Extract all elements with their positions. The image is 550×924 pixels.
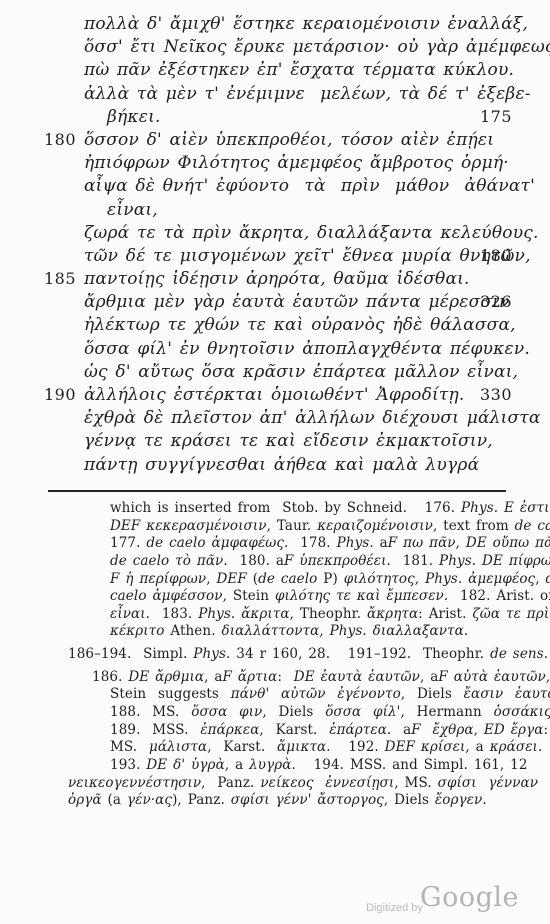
apparatus-text: Phys. [337,535,380,551]
apparatus-text: μάλιστα [149,739,207,755]
apparatus-text: 186. [92,669,128,685]
apparatus-text: τὸ πᾶν. [175,553,228,569]
apparatus-text: , text from [433,518,515,534]
apparatus-text: 194. MSS. and Simpl. 161, 12 [296,757,528,773]
apparatus-text: διαλλαξαντα. [373,623,469,639]
apparatus-text: νείκεος ἐννεσίῃσι [260,775,394,791]
verse-text: ἀλλὰ τὰ μὲν τ' ἐνέμιμνε μελέων, τὰ δέ τ'… [84,83,531,106]
apparatus-line: 186. DE ἄρθμια, aF ἄρτια: DE ἑαυτὰ ἑαυτῶ… [0,669,550,687]
apparatus-text: , MS. [394,775,437,791]
apparatus-text: ἑαυτὰ ἑαυτῶν [321,669,420,685]
apparatus-text: , Theophr. [290,606,367,622]
apparatus-text: Phys. DE [439,553,509,569]
apparatus-text: κεκερασμένοισιν [146,518,266,534]
apparatus-text: , Diels [262,704,325,720]
apparatus-line: caelo ἀμφέσσον, Stein φιλότης τε καὶ ἔμπ… [0,588,550,606]
verse-line: εἶναι, [0,198,550,221]
verse-line: ὅσσα φίλ' ἐν θνητοῖσιν ἀποπλαγχθέντα πέφ… [0,337,550,360]
verse-line: τῶν δέ τε μισγομένων χεῖτ' ἔθνεα μυρία θ… [0,244,550,267]
apparatus-text: , [206,571,216,587]
apparatus-text: Phys. [193,646,236,662]
apparatus-text: DEF [385,739,421,755]
apparatus-text: 181. [391,553,439,569]
verse-section: πολλὰ δ' ἄμιχθ' ἕστηκε κεραιομένοισιν ἐν… [0,12,550,476]
apparatus-text: (a [102,792,127,808]
apparatus-text: P) [323,571,343,587]
apparatus-text: 183. [150,606,198,622]
line-number-right: 175 [480,105,512,128]
apparatus-text: φιλότητος [344,571,415,587]
apparatus-text: F [284,553,299,569]
apparatus-text: διαλλάττοντα [221,623,319,639]
line-number-right: 326 [480,290,512,313]
apparatus-line: 189. MSS. ἐπάρκεα, Karst. ἐπάρτεα. aF ἔχ… [0,722,550,740]
apparatus-text: DE [294,669,321,685]
apparatus-text: πάνθ' αὐτῶν ἐγένοντο [231,686,401,702]
verse-text: ὡς δ' αὔτως ὅσα κρᾶσιν ἐπάρτεα μᾶλλον εἶ… [84,361,518,384]
apparatus-text: ζῶα τε πρὶν [472,606,550,622]
apparatus-text: κέκριτο [110,623,164,639]
verse-line: ἄρθμια μὲν γὰρ ἑαυτὰ ἑαυτῶν πάντα μέρεσσ… [0,290,550,313]
apparatus-text: , Diels [384,792,435,808]
line-number-left: 185 [44,267,76,290]
apparatus-text: 34 r 160, 28. 191–192. Theophr. [236,646,490,662]
apparatus-text: 177. [110,535,146,551]
apparatus-text: , [546,669,550,685]
apparatus-text: δ' ὑγρὰ [173,757,225,773]
apparatus-text: Stein suggests [110,686,231,702]
verse-line: 180ὅσσον δ' αἰὲν ὑπεκπροθέοι, τόσον αἰὲν… [0,128,550,151]
apparatus-text: ED [484,722,511,738]
apparatus-text: ἀμεμφέος [468,571,535,587]
apparatus-text: de [546,571,550,587]
apparatus-text: caelo [110,588,152,604]
apparatus-text: F [438,669,453,685]
line-number-right: 330 [480,383,512,406]
apparatus-text: αὐτὰ ἑαυτῶν [454,669,546,685]
verse-line: 190ἀλλήλοις ἐστέρκται ὁμοιωθέντ' Ἀφροδίτ… [0,383,550,406]
apparatus-text: , Stein [223,588,275,604]
apparatus-text: MS. [110,739,149,755]
apparatus-text: a [391,722,411,738]
apparatus-text: σφίσι γένναν [438,775,538,791]
apparatus-text: , a [420,669,438,685]
apparatus-text: ὁσσάκις. [494,704,550,720]
apparatus-text: ἔασιν ἑαυτῶν. [464,686,550,702]
verse-line: ἀλλὰ τὰ μὲν τ' ἐνέμιμνε μελέων, τὰ δέ τ'… [0,82,550,105]
verse-text: ἠλέκτωρ τε χθών τε καὶ οὐρανὸς ἠδὲ θάλασ… [84,314,516,337]
apparatus-text: DEF [110,518,146,534]
apparatus-text: ἄμικτα. [277,739,331,755]
apparatus-text: DE [466,535,493,551]
apparatus-text: ἐπάρκεα [200,722,259,738]
apparatus-line: κέκριτο Athen. διαλλάττοντα, Phys. διαλλ… [0,623,550,641]
verse-line: αἶψα δὲ θνήτ' ἐφύοντο τὰ πρὶν μάθον ἀθάν… [0,174,550,197]
apparatus-line: 186–194. Simpl. Phys. 34 r 160, 28. 191–… [0,646,550,664]
apparatus-text: F [223,669,238,685]
apparatus-line: 188. MS. ὅσσα φιν, Diels ὅσσα φίλ', Herm… [0,704,550,722]
apparatus-text: 186–194. Simpl. [68,646,193,662]
apparatus-text: , a [225,757,249,773]
apparatus-text: ), Panz. [172,792,231,808]
apparatus-text: 180. a [228,553,284,569]
apparatus-line: de caelo τὸ πᾶν. 180. aF ὑπεκπροθέει. 18… [0,553,550,571]
apparatus-text: κρίσει [421,739,465,755]
google-logo: Google [420,882,519,913]
apparatus-text: κεραιζομένοισιν [317,518,433,534]
apparatus-line: νεικεογεννέστησιν, Panz. νείκεος ἐννεσίῃ… [0,775,550,793]
apparatus-text: : [277,669,293,685]
apparatus-text: : Arist. [418,606,472,622]
apparatus-text: F [411,722,432,738]
apparatus-text: λυγρὰ. [249,757,296,773]
apparatus-line: MS. μάλιστα, Karst. ἄμικτα. 192. DEF κρί… [0,739,550,757]
apparatus-text: , Karst. [259,722,329,738]
apparatus-text: κράσει. [490,739,543,755]
apparatus-text: οὔπω πᾶν [493,535,550,551]
apparatus-line: DEF κεκερασμένοισιν, Taur. κεραιζομένοισ… [0,518,550,536]
apparatus-text: ἐπάρτεα. [329,722,391,738]
apparatus-text: 189. MSS. [110,722,200,738]
apparatus-text: , Taur. [267,518,318,534]
verse-line: ὅσσ' ἔτι Νεῖκος ἔρυκε μετάρσιον· οὐ γὰρ … [0,35,550,58]
verse-line: ζωρά τε τὰ πρὶν ἄκρητα, διαλλάξαντα κελε… [0,221,550,244]
apparatus-text: ἐστι [520,500,550,516]
apparatus-text: de caelo [258,571,323,587]
verse-text: πὼ πᾶν ἐξέστηκεν ἐπ' ἔσχατα τέρματα κύκλ… [84,59,514,82]
apparatus-text: ὑπεκπροθέει. [299,553,391,569]
apparatus-text: de caelo [110,553,175,569]
verse-text: ἐχθρὰ δὲ πλεῖστον ἀπ' ἀλλήλων διέχουσι μ… [84,407,541,430]
apparatus-text: Athen. [164,623,221,639]
apparatus-text: ἀμφαφέως. [212,535,289,551]
apparatus-text: 192. [331,739,385,755]
apparatus-line: which is inserted from Stob. by Schneid.… [0,500,550,518]
apparatus-line: εἶναι. 183. Phys. ἄκριτα, Theophr. ἄκρητ… [0,606,550,624]
apparatus-text: Phys. [330,623,373,639]
apparatus-text: 193. [110,757,146,773]
verse-line: πολλὰ δ' ἄμιχθ' ἕστηκε κεραιομένοισιν ἐν… [0,12,550,35]
verse-line: 185παντοίῃς ἰδέῃσιν ἀρηρότα, θαῦμα ἰδέσθ… [0,267,550,290]
verse-text: ζωρά τε τὰ πρὶν ἄκρητα, διαλλάξαντα κελε… [84,222,539,245]
verse-line: ἠπιόφρων Φιλότητος ἀμεμφέος ἄμβροτος ὁρμ… [0,151,550,174]
verse-text: ὅσσ' ἔτι Νεῖκος ἔρυκε μετάρσιον· οὐ γὰρ … [84,36,550,59]
apparatus-text: DE [128,669,155,685]
apparatus-text: ἄρθμια [155,669,204,685]
apparatus-text: νεικεογεννέστησιν [68,775,201,791]
verse-text: πολλὰ δ' ἄμιχθ' ἕστηκε κεραιομένοισιν ἐν… [84,13,528,36]
apparatus-text: , [319,623,329,639]
apparatus-text: , [535,571,545,587]
apparatus-text: σφίσι γένν' ἄστοργος [231,792,384,808]
apparatus-text: Phys. [425,571,468,587]
verse-line: βήκει.175 [0,105,550,128]
apparatus-line: ὀργᾶ (a γέν·ας), Panz. σφίσι γένν' ἄστορ… [0,792,550,810]
verse-text: ὅσσον δ' αἰὲν ὑπεκπροθέοι, τόσον αἰὲν ἐπ… [84,129,494,152]
apparatus-text: de sens. [490,646,550,662]
apparatus-text: ἄρτια [238,669,277,685]
apparatus-text: DE [146,757,173,773]
verse-text: γέννᾳ τε κράσει τε καὶ εἴδεσιν ἐκμακτοῖσ… [84,430,493,453]
apparatus-text: , [415,571,425,587]
apparatus-text: ἔοργεν. [435,792,487,808]
apparatus-text: , Hermann [400,704,493,720]
apparatus-text: ἔργα [511,722,544,738]
apparatus-text: , a [204,669,222,685]
apparatus-text: ἡ περίφρων [125,571,206,587]
apparatus-text: , Panz. [201,775,260,791]
apparatus-text: de caelo [146,535,211,551]
apparatus-text: : [543,722,548,738]
apparatus-text: ἄκρητα [367,606,418,622]
apparatus-line: 193. DE δ' ὑγρὰ, a λυγρὰ. 194. MSS. and … [0,757,550,775]
line-number-right: 180 [480,244,512,267]
apparatus-text: , [456,535,466,551]
apparatus-text: DEF [217,571,253,587]
apparatus-text: φιλότης τε καὶ ἔμπεσεν. [275,588,448,604]
apparatus-text: ἀμφέσσον [152,588,222,604]
verse-text: ὅσσα φίλ' ἐν θνητοῖσιν ἀποπλαγχθέντα πέφ… [84,338,530,361]
apparatus-line: F ἡ περίφρων, DEF (de caelo P) φιλότητος… [0,571,550,589]
apparatus-text: , [474,722,484,738]
verse-line: πάντῃ συγγίγνεσθαι ἀήθεα καὶ μαλὰ λυγρά [0,453,550,476]
verse-line: ἐχθρὰ δὲ πλεῖστον ἀπ' ἀλλήλων διέχουσι μ… [0,406,550,429]
apparatus-text: de caelo. [515,518,550,534]
apparatus-text: a [380,535,388,551]
verse-text: ἄρθμια μὲν γὰρ ἑαυτὰ ἑαυτῶν πάντα μέρεσσ… [84,291,510,314]
apparatus-text: Phys. [198,606,241,622]
verse-line: ὡς δ' αὔτως ὅσα κρᾶσιν ἐπάρτεα μᾶλλον εἶ… [0,360,550,383]
apparatus-line: 177. de caelo ἀμφαφέως. 178. Phys. aF πω… [0,535,550,553]
verse-text: βήκει. [107,106,161,129]
apparatus-line: Stein suggests πάνθ' αὐτῶν ἐγένοντο, Die… [0,686,550,704]
verse-line: γέννᾳ τε κράσει τε καὶ εἴδεσιν ἐκμακτοῖσ… [0,429,550,452]
apparatus-text: which is inserted from Stob. by Schneid.… [110,500,461,516]
apparatus-text: 182. Arist. omits [448,588,550,604]
verse-text: αἶψα δὲ θνήτ' ἐφύοντο τὰ πρὶν μάθον ἀθάν… [84,175,535,198]
book-page: πολλὰ δ' ἄμιχθ' ἕστηκε κεραιομένοισιν ἐν… [0,0,550,924]
apparatus-text: πίφρων [509,553,550,569]
verse-line: πὼ πᾶν ἐξέστηκεν ἐπ' ἔσχατα τέρματα κύκλ… [0,58,550,81]
apparatus-text: Phys. E [461,500,520,516]
apparatus-text: , Diels [401,686,464,702]
apparatus-text: ἄκριτα [241,606,289,622]
verse-text: εἶναι, [107,199,158,222]
apparatus-section: which is inserted from Stob. by Schneid.… [0,500,550,810]
apparatus-text: , a [465,739,489,755]
google-watermark: Digitized by Google [0,880,550,920]
line-number-left: 190 [44,383,76,406]
apparatus-text: ὅσσα φίλ' [325,704,400,720]
verse-text: πάντῃ συγγίγνεσθαι ἀήθεα καὶ μαλὰ λυγρά [84,454,479,477]
line-number-left: 180 [44,128,76,151]
apparatus-text: ὅσσα φιν [191,704,262,720]
digitized-by-text: Digitized by [366,902,423,914]
apparatus-text: ὀργᾶ [68,792,102,808]
verse-text: ἠπιόφρων Φιλότητος ἀμεμφέος ἄμβροτος ὁρμ… [84,152,509,175]
verse-text: τῶν δέ τε μισγομένων χεῖτ' ἔθνεα μυρία θ… [84,245,531,268]
apparatus-text: ἔχθρα [433,722,474,738]
apparatus-text: 178. [288,535,336,551]
separator-rule [48,490,506,492]
verse-line: ἠλέκτωρ τε χθών τε καὶ οὐρανὸς ἠδὲ θάλασ… [0,313,550,336]
apparatus-text: πω πᾶν [403,535,455,551]
apparatus-text: εἶναι. [110,606,150,622]
apparatus-text: γέν·ας [127,792,172,808]
apparatus-text: F [388,535,403,551]
apparatus-text: 188. MS. [110,704,191,720]
apparatus-text: F [110,571,125,587]
apparatus-text: , Karst. [207,739,277,755]
verse-text: παντοίῃς ἰδέῃσιν ἀρηρότα, θαῦμα ἰδέσθαι. [84,268,470,291]
verse-text: ἀλλήλοις ἐστέρκται ὁμοιωθέντ' Ἀφροδίτῃ. [84,384,465,407]
